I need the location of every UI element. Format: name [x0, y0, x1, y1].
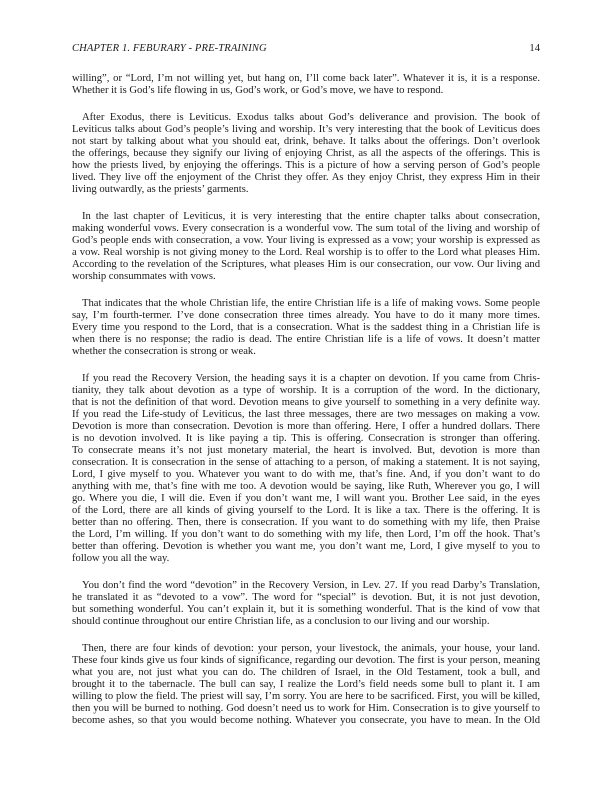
document-page: CHAPTER 1. FEBURARY - PRE-TRAINING 14 wi… — [0, 0, 612, 792]
page-number: 14 — [529, 42, 540, 56]
running-header: CHAPTER 1. FEBURARY - PRE-TRAINING 14 — [72, 42, 540, 56]
text-line: anything with me, that’s fine with me to… — [72, 481, 540, 493]
text-line: how the priests lived, by enjoying the o… — [72, 160, 540, 172]
text-line: worship consummates with vows. — [72, 271, 540, 283]
text-line: what you are, not just what you can do. … — [72, 667, 540, 679]
paragraph: After Exodus, there is Leviticus. Exodus… — [72, 112, 540, 196]
text-line: willing”, or “Lord, I’m not willing yet,… — [72, 73, 540, 85]
text-line: God’s people ends with consecration, a v… — [72, 235, 540, 247]
text-line: should continue throughout our entire Ch… — [72, 616, 540, 628]
text-line: If you read the Life-study of Leviticus,… — [72, 409, 540, 421]
text-line: is no devotion involved. It is like payi… — [72, 433, 540, 445]
text-line: Every time you respond to the Lord, that… — [72, 322, 540, 334]
text-line: Lord, I give myself to you. Whatever you… — [72, 469, 540, 481]
text-line: become ashes, so that you would become n… — [72, 715, 540, 727]
text-line: the offerings, because they signify our … — [72, 148, 540, 160]
chapter-title: CHAPTER 1. FEBURARY - PRE-TRAINING — [72, 42, 267, 56]
text-line: After Exodus, there is Leviticus. Exodus… — [72, 112, 540, 124]
text-line: making wonderful vows. Every consecratio… — [72, 223, 540, 235]
paragraph: If you read the Recovery Version, the he… — [72, 373, 540, 565]
text-line: whether the consecration is strong or we… — [72, 346, 540, 358]
paragraph: That indicates that the whole Christian … — [72, 298, 540, 358]
text-line: but something wonderful. You can’t expla… — [72, 604, 540, 616]
text-line: These four kinds give us four kinds of s… — [72, 655, 540, 667]
text-line: Devotion is more than consecration. Devo… — [72, 421, 540, 433]
text-line: then you will be burned to nothing. God … — [72, 703, 540, 715]
text-line: brought it to the tabernacle. The bull c… — [72, 679, 540, 691]
text-line: If you read the Recovery Version, the he… — [72, 373, 540, 385]
text-line: Whether it is God’s life flowing in us, … — [72, 85, 540, 97]
text-line: a vow. Real worship is not giving money … — [72, 247, 540, 259]
body-text: willing”, or “Lord, I’m not willing yet,… — [72, 73, 540, 742]
text-line: go. Where you die, I will die. Even if y… — [72, 493, 540, 505]
text-line: According to the revelation of the Scrip… — [72, 259, 540, 271]
text-line: when there is no response; the radio is … — [72, 334, 540, 346]
text-line: not start by talking about what you shou… — [72, 136, 540, 148]
text-line: consecration. It is consecration in the … — [72, 457, 540, 469]
paragraph: You don’t find the word “devotion” in th… — [72, 580, 540, 628]
text-line: he translated it as “devoted to a vow”. … — [72, 592, 540, 604]
text-line: Leviticus talks about God’s people’s liv… — [72, 124, 540, 136]
text-line: To consecrate means it’s not just moneta… — [72, 445, 540, 457]
text-line: You don’t find the word “devotion” in th… — [72, 580, 540, 592]
text-line: lived. They live off the enjoyment of th… — [72, 172, 540, 184]
text-line: living outwardly, as the priests’ garmen… — [72, 184, 540, 196]
text-line: follow you all the way. — [72, 553, 540, 565]
paragraph: In the last chapter of Leviticus, it is … — [72, 211, 540, 283]
text-line: the Lord, I’m willing. If you don’t want… — [72, 529, 540, 541]
text-line: that is not the definition of that word.… — [72, 397, 540, 409]
text-line: In the last chapter of Leviticus, it is … — [72, 211, 540, 223]
text-line: Then, there are four kinds of devotion: … — [72, 643, 540, 655]
paragraph: willing”, or “Lord, I’m not willing yet,… — [72, 73, 540, 97]
text-line: tianity, they talk about devotion as a t… — [72, 385, 540, 397]
paragraph: Then, there are four kinds of devotion: … — [72, 643, 540, 727]
text-line: say, I’m fourth-termer. I’ve done consec… — [72, 310, 540, 322]
text-line: willing to plow the field. The priest wi… — [72, 691, 540, 703]
text-line: better than no offering. Then, there is … — [72, 517, 540, 529]
text-line: That indicates that the whole Christian … — [72, 298, 540, 310]
text-line: of the Lord, there are all kinds of givi… — [72, 505, 540, 517]
text-line: better than offering. Devotion is whethe… — [72, 541, 540, 553]
